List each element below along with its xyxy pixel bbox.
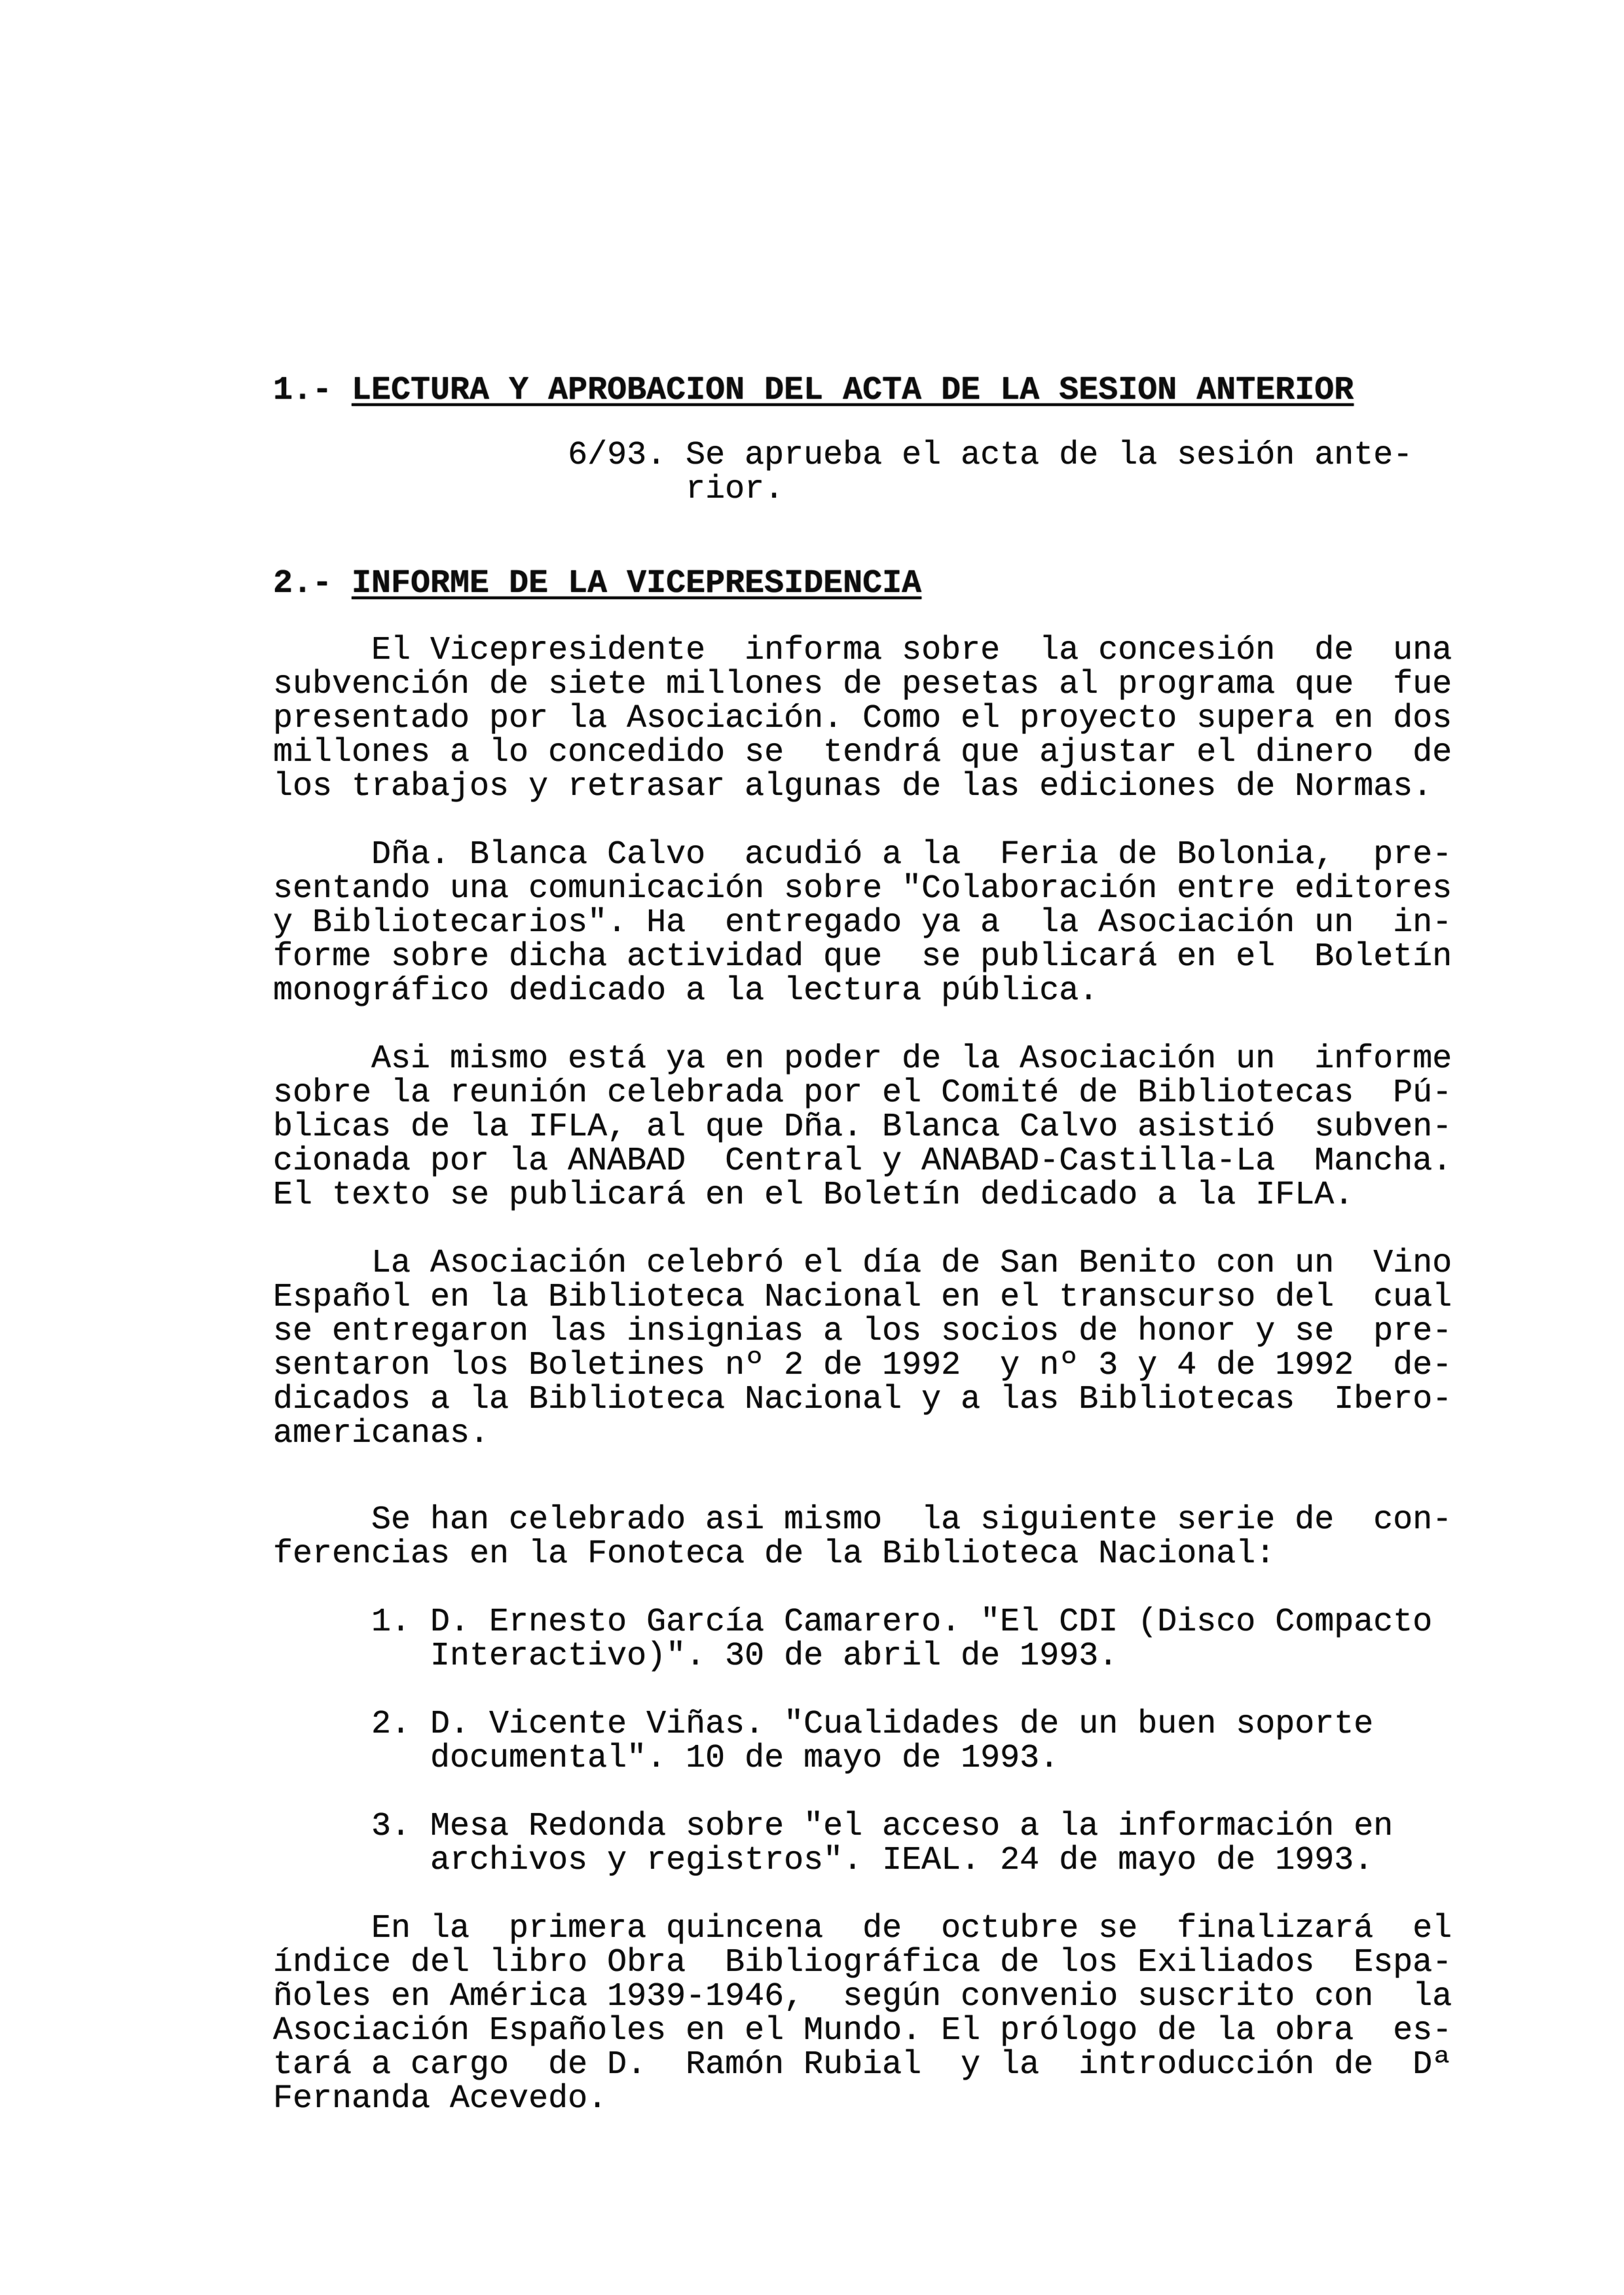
acta-approval-note: 6/93. Se aprueba el acta de la sesión an… <box>273 439 1526 507</box>
section-2-number: 2.- <box>273 565 352 602</box>
paragraph-blanca-calvo-bolonia: Dña. Blanca Calvo acudió a la Feria de B… <box>273 838 1526 1008</box>
section-1-heading: 1.- LECTURA Y APROBACION DEL ACTA DE LA … <box>273 374 1526 408</box>
section-2-heading: 2.- INFORME DE LA VICEPRESIDENCIA <box>273 567 1526 601</box>
document-page: 1.- LECTURA Y APROBACION DEL ACTA DE LA … <box>0 0 1624 2295</box>
section-1-title: LECTURA Y APROBACION DEL ACTA DE LA SESI… <box>352 372 1354 409</box>
paragraph-indice-libro: En la primera quincena de octubre se fin… <box>273 1912 1526 2116</box>
conference-list-item-3: 3. Mesa Redonda sobre "el acceso a la in… <box>273 1810 1526 1878</box>
paragraph-informe-ifla: Asi mismo está ya en poder de la Asociac… <box>273 1042 1526 1213</box>
conference-list-item-1: 1. D. Ernesto García Camarero. "El CDI (… <box>273 1606 1526 1674</box>
section-1-number: 1.- <box>273 372 352 409</box>
section-2-title: INFORME DE LA VICEPRESIDENCIA <box>352 565 921 602</box>
paragraph-conferencias-intro: Se han celebrado asi mismo la siguiente … <box>273 1503 1526 1571</box>
paragraph-subvencion: El Vicepresidente informa sobre la conce… <box>273 634 1526 804</box>
paragraph-san-benito: La Asociación celebró el día de San Beni… <box>273 1247 1526 1451</box>
conference-list-item-2: 2. D. Vicente Viñas. "Cualidades de un b… <box>273 1708 1526 1776</box>
